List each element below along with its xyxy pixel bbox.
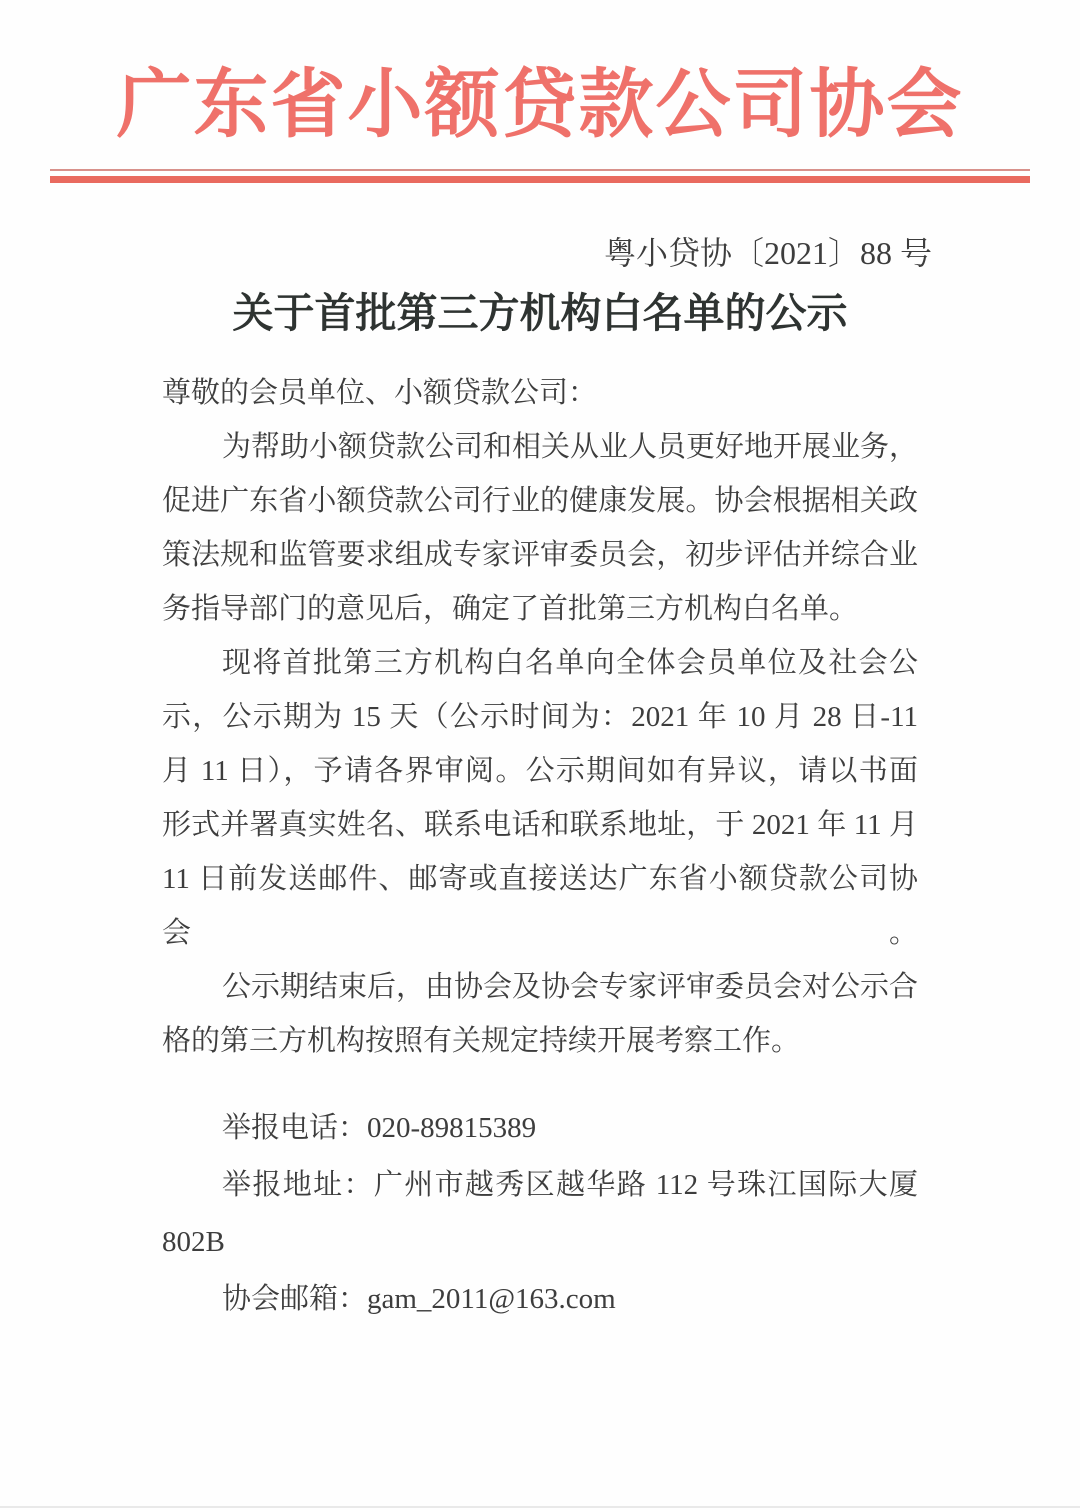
body-line: 形式并署真实姓名、联系电话和联系地址，于 2021 年 11 月 bbox=[162, 798, 918, 852]
contact-line: 举报电话：020-89815389 bbox=[162, 1100, 918, 1157]
body-line: 现将首批第三方机构白名单向全体会员单位及社会公 bbox=[162, 636, 918, 690]
body-line: 促进广东省小额贷款公司行业的健康发展。协会根据相关政 bbox=[162, 474, 918, 528]
body-line: 公示期结束后，由协会及协会专家评审委员会对公示合 bbox=[162, 960, 918, 1014]
doc-number: 粤小贷协〔2021〕88 号 bbox=[0, 231, 1080, 275]
contact-line: 802B bbox=[162, 1214, 918, 1271]
contact-block: 举报电话：020-89815389举报地址：广州市越秀区越华路 112 号珠江国… bbox=[162, 1100, 918, 1328]
body-line: 为帮助小额贷款公司和相关从业人员更好地开展业务， bbox=[162, 420, 918, 474]
letterhead-rule-thick bbox=[50, 176, 1030, 183]
page-bottom-edge bbox=[0, 1506, 1080, 1508]
doc-title: 关于首批第三方机构白名单的公示 bbox=[0, 285, 1080, 341]
body-line: 月 11 日），予请各界审阅。公示期间如有异议，请以书面 bbox=[162, 744, 918, 798]
doc-body: 尊敬的会员单位、小额贷款公司：为帮助小额贷款公司和相关从业人员更好地开展业务，促… bbox=[162, 366, 918, 1068]
body-line: 尊敬的会员单位、小额贷款公司： bbox=[162, 366, 918, 420]
body-line: 11 日前发送邮件、邮寄或直接送达广东省小额贷款公司协会。 bbox=[162, 852, 918, 960]
contact-line: 举报地址：广州市越秀区越华路 112 号珠江国际大厦 bbox=[162, 1157, 918, 1214]
body-line: 策法规和监管要求组成专家评审委员会，初步评估并综合业 bbox=[162, 528, 918, 582]
contact-line: 协会邮箱：gam_2011@163.com bbox=[162, 1271, 918, 1328]
body-line: 示，公示期为 15 天（公示时间为：2021 年 10 月 28 日-11 bbox=[162, 690, 918, 744]
scanned-notice-page: 广东省小额贷款公司协会 粤小贷协〔2021〕88 号 关于首批第三方机构白名单的… bbox=[0, 0, 1080, 1510]
letterhead-rule-thin bbox=[50, 169, 1030, 171]
letterhead-rules bbox=[50, 169, 1030, 183]
body-line: 务指导部门的意见后，确定了首批第三方机构白名单。 bbox=[162, 582, 918, 636]
letterhead-org-name: 广东省小额贷款公司协会 bbox=[0, 0, 1080, 156]
body-line: 格的第三方机构按照有关规定持续开展考察工作。 bbox=[162, 1014, 918, 1068]
